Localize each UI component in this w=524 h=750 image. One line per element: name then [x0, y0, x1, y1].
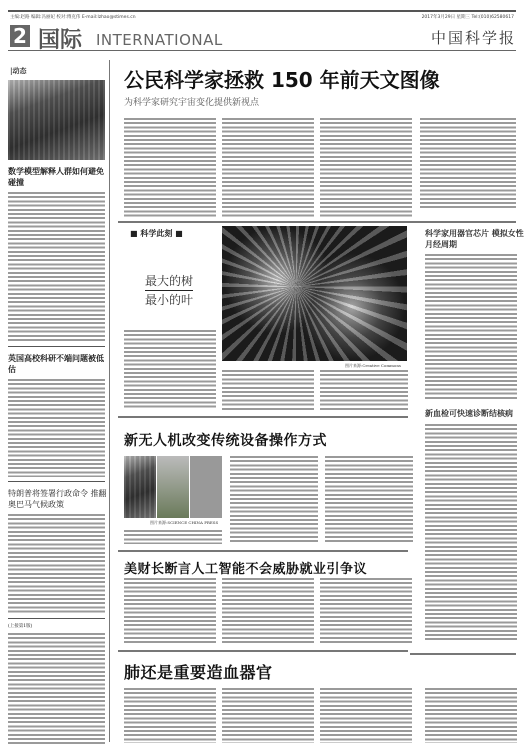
story-body	[8, 192, 105, 342]
drone-photo-3	[190, 456, 222, 518]
photo-credit: 图片来源:SCIENCE CHINA PRESS	[150, 520, 218, 526]
left-column: |动态 数学模型解释人群如何避免碰撞 英国高校科研不端问题被低估 特朗普将签署行…	[8, 60, 110, 742]
section-title: 国际	[38, 23, 82, 54]
feature-body-2	[222, 370, 314, 412]
photo-credit: 图片来源:Creative Commons	[345, 363, 401, 369]
lead-body-col3	[320, 118, 412, 218]
feature-body-3	[320, 370, 408, 412]
lung-body-2	[222, 688, 314, 743]
lead-headline[interactable]: 公民科学家拯救 150 年前天文图像	[124, 64, 440, 93]
continued-label: (上接第1版)	[8, 623, 109, 629]
ai-headline[interactable]: 美财长断言人工智能不会威胁就业引争议	[124, 558, 367, 577]
lead-body-col2	[222, 118, 314, 218]
section-label: |动态	[10, 66, 109, 76]
divider	[118, 416, 408, 418]
lead-body-col1	[124, 118, 216, 218]
lung-body-1	[124, 688, 216, 743]
divider	[118, 221, 516, 223]
lead-subtitle: 为科学家研究宇宙变化提供新视点	[124, 95, 259, 108]
lung-story-body-4	[425, 688, 517, 743]
drone-body-1	[124, 530, 222, 544]
page-header: 2 国际 INTERNATIONAL 中国科学报	[8, 23, 516, 51]
drone-body-2	[230, 456, 318, 544]
feature-label: ■ 科学此刻 ■	[130, 228, 183, 239]
drone-photo-1	[124, 456, 156, 518]
top-rule	[8, 10, 516, 12]
ai-body-3	[320, 578, 412, 643]
divider	[118, 550, 408, 552]
lung-body-3	[320, 688, 412, 743]
feature-headline-2: 最小的叶	[145, 291, 193, 308]
divider	[8, 346, 105, 347]
feature-body	[124, 330, 216, 410]
crowd-photo	[8, 80, 105, 160]
right-story-body	[425, 254, 517, 399]
lung-headline[interactable]: 肺还是重要造血器官	[124, 660, 273, 683]
drone-photo-2	[157, 456, 189, 518]
story-title[interactable]: 特朗普将签署行政命令 推翻奥巴马气候政策	[8, 488, 109, 510]
story-body	[8, 633, 105, 745]
story-body	[8, 379, 105, 477]
right-story-title-2[interactable]: 新血检可快速诊断结核病	[425, 408, 513, 419]
divider	[118, 650, 408, 652]
masthead-logo: 中国科学报	[431, 27, 516, 48]
right-story-body-2	[425, 424, 517, 640]
story-body	[8, 514, 105, 614]
divider	[8, 618, 105, 619]
divider	[8, 481, 105, 482]
lead-body-col4	[420, 118, 516, 210]
ai-body-1	[124, 578, 216, 643]
editor-credits: 主编:赵路 编辑:冯丽妃 校对:傅克伟 E-mail:lzhao@stimes.…	[10, 14, 136, 20]
pine-tree-photo	[222, 226, 407, 361]
drone-headline[interactable]: 新无人机改变传统设备操作方式	[124, 430, 327, 450]
date-info: 2017年3月29日 星期三 Tel:(010)62580617	[422, 14, 514, 20]
story-title[interactable]: 英国高校科研不端问题被低估	[8, 353, 109, 375]
story-title[interactable]: 数学模型解释人群如何避免碰撞	[8, 166, 109, 188]
section-title-en: INTERNATIONAL	[96, 31, 223, 49]
right-story-title[interactable]: 科学家用器官芯片 模拟女性月经周期	[425, 228, 524, 250]
ai-body-2	[222, 578, 314, 643]
page-number: 2	[10, 25, 30, 47]
feature-headline-1[interactable]: 最大的树	[145, 272, 193, 291]
divider	[410, 653, 516, 655]
drone-body-3	[325, 456, 413, 544]
